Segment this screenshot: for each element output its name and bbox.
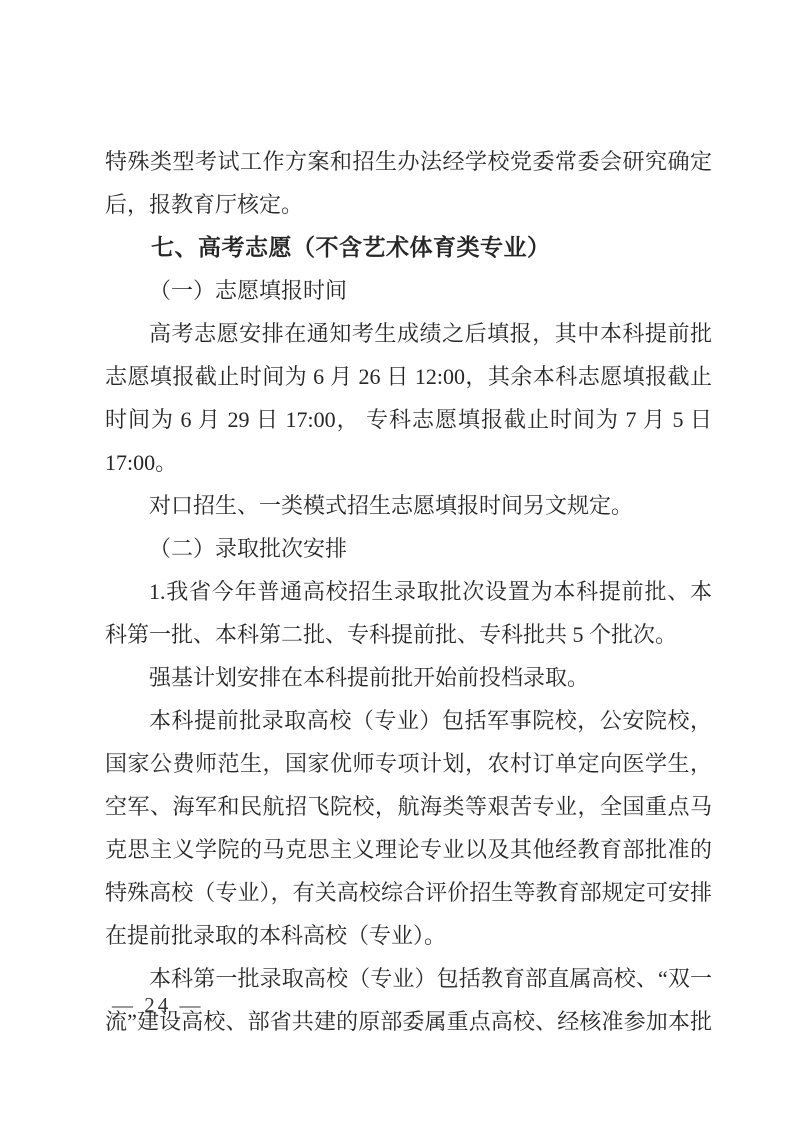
paragraph: 1.我省今年普通高校招生录取批次设置为本科提前批、本科第一批、本科第二批、专科提… <box>105 570 712 656</box>
paragraph: 强基计划安排在本科提前批开始前投档录取。 <box>105 656 712 699</box>
page-number: — 24 — <box>112 988 204 1022</box>
document-body: 特殊类型考试工作方案和招生办法经学校党委常委会研究确定后，报教育厅核定。七、高考… <box>105 140 712 1043</box>
document-page: 特殊类型考试工作方案和招生办法经学校党委常委会研究确定后，报教育厅核定。七、高考… <box>0 0 794 1123</box>
paragraph: 高考志愿安排在通知考生成绩之后填报，其中本科提前批志愿填报截止时间为 6 月 2… <box>105 312 712 484</box>
heading: 七、高考志愿（不含艺术体育类专业） <box>105 226 712 269</box>
paragraph: 本科提前批录取高校（专业）包括军事院校，公安院校，国家公费师范生，国家优师专项计… <box>105 699 712 957</box>
subheading: （一）志愿填报时间 <box>105 269 712 312</box>
paragraph-continuation: 特殊类型考试工作方案和招生办法经学校党委常委会研究确定后，报教育厅核定。 <box>105 140 712 226</box>
paragraph: 对口招生、一类模式招生志愿填报时间另文规定。 <box>105 484 712 527</box>
subheading: （二）录取批次安排 <box>105 527 712 570</box>
